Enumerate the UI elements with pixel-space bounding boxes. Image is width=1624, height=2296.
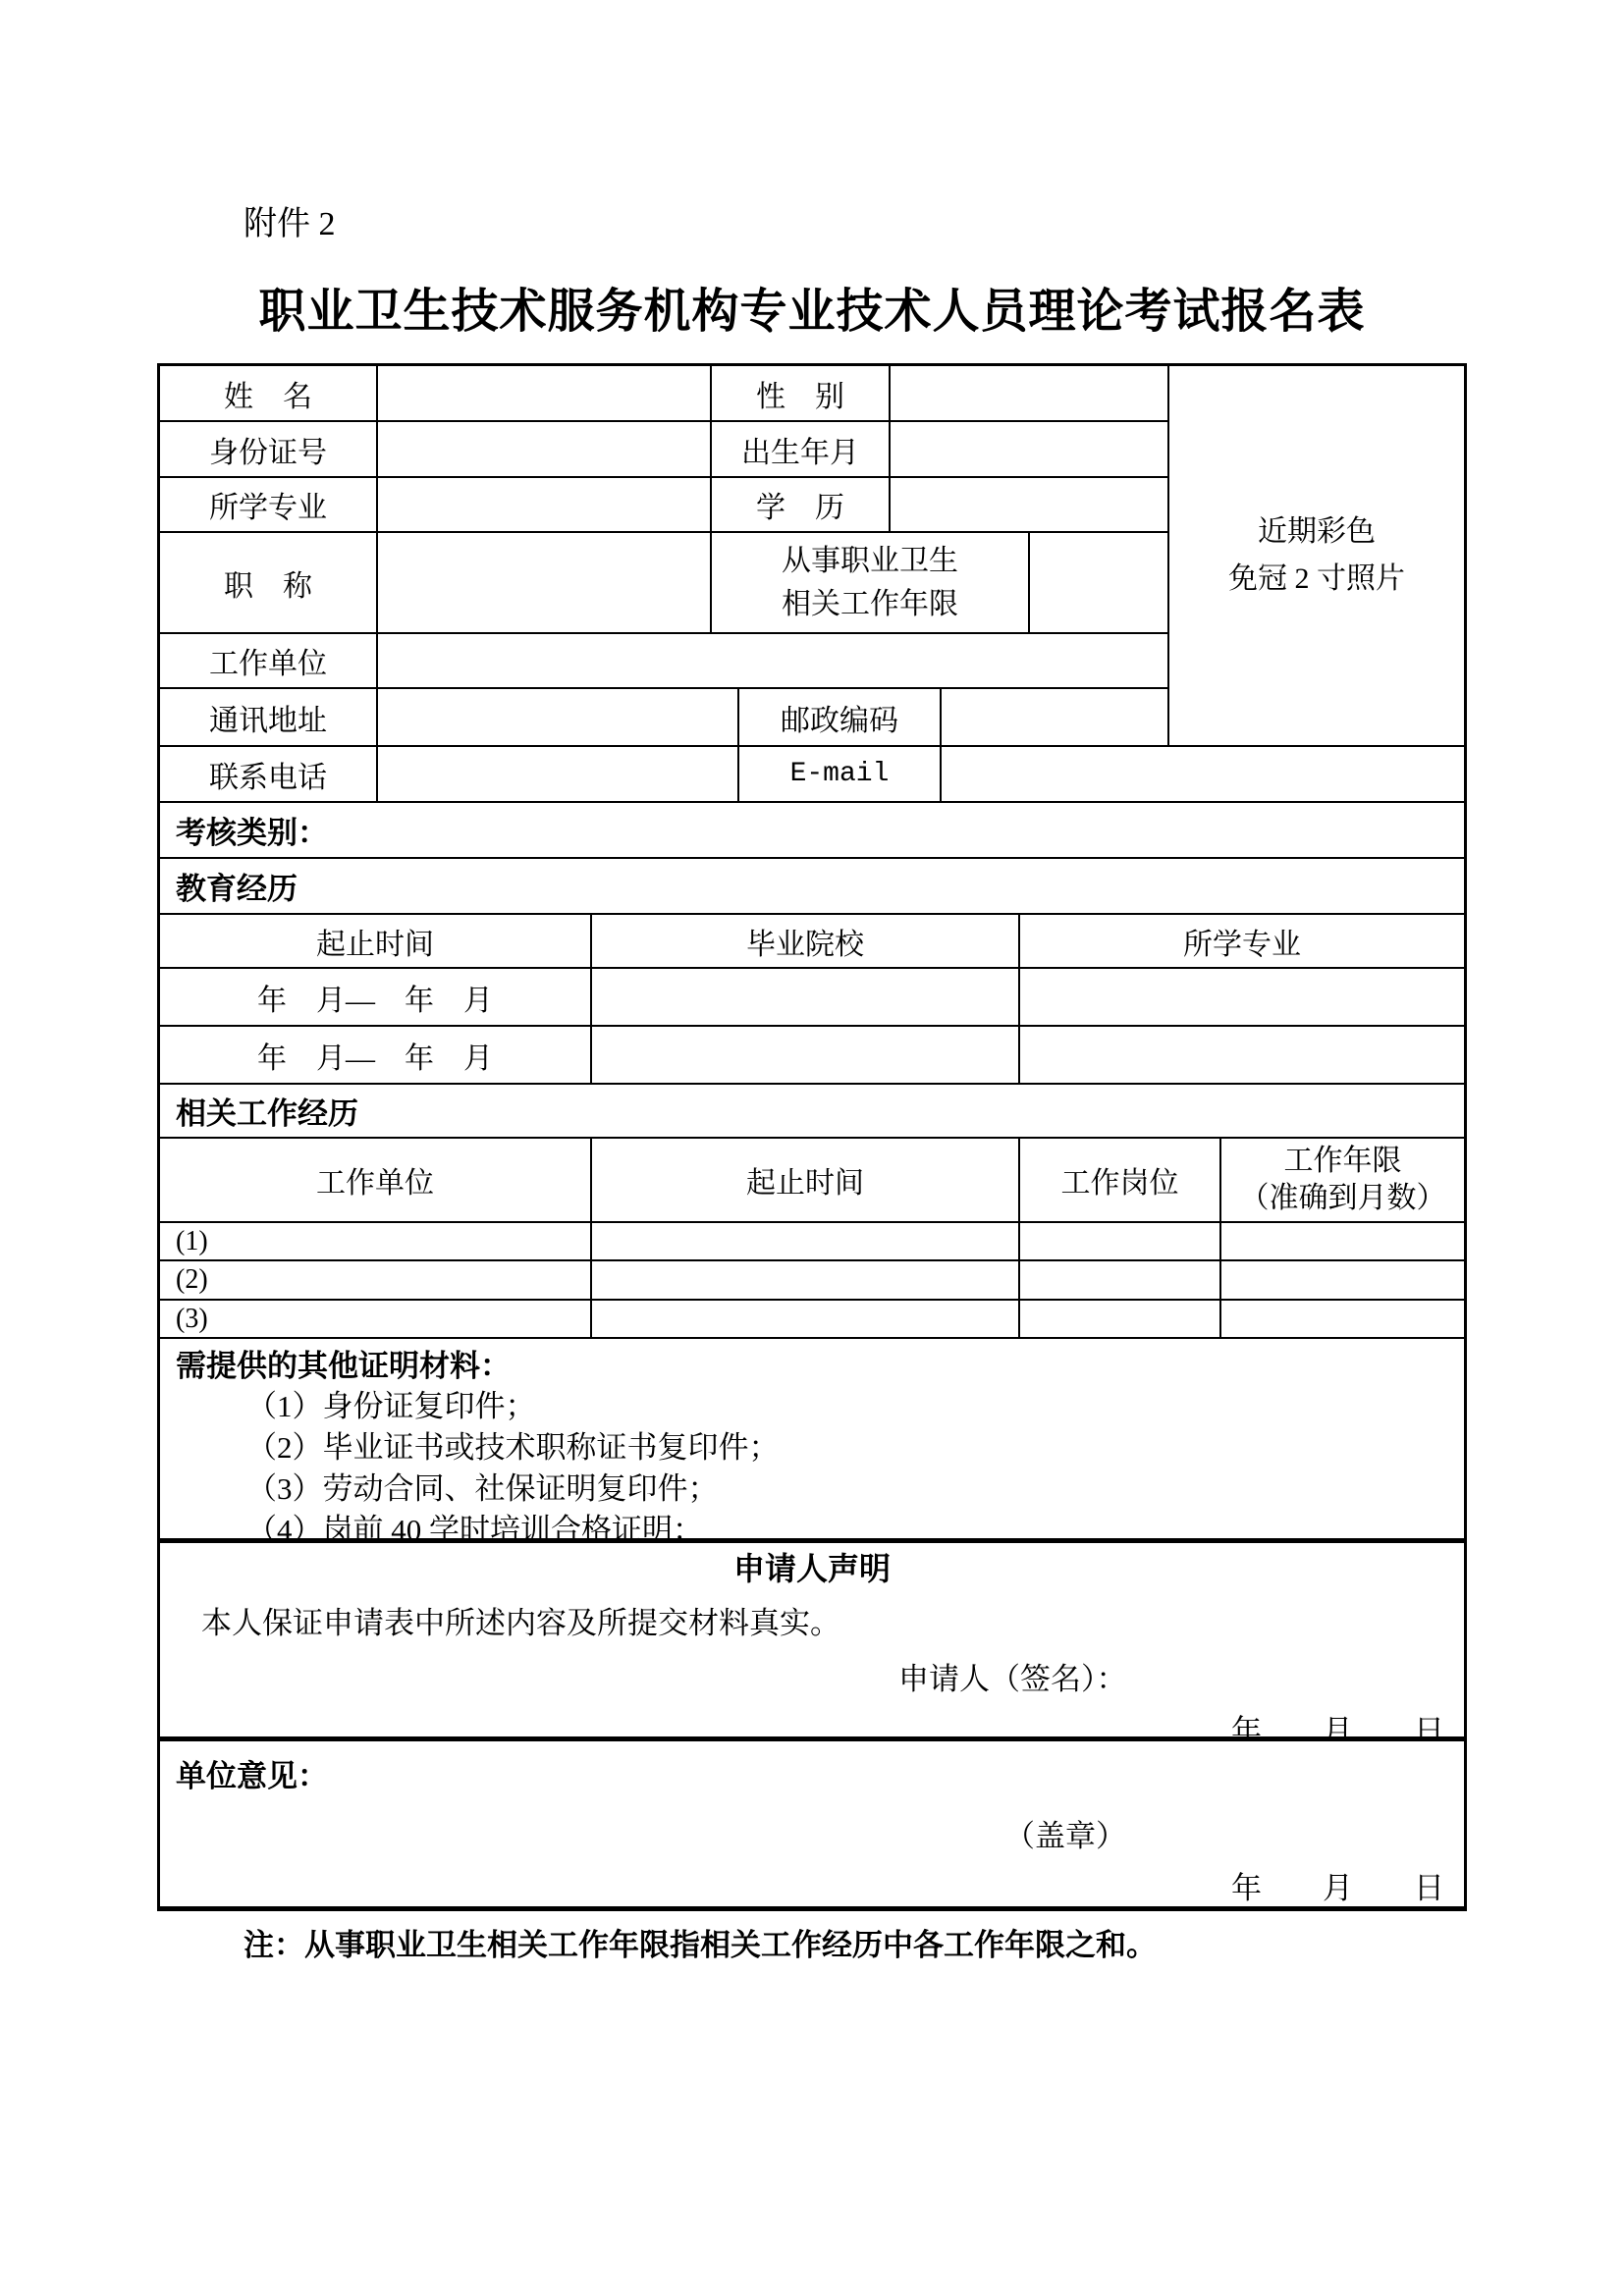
table-row: 所学专业 学 历 <box>160 478 1167 533</box>
edu-header-period: 起止时间 <box>160 915 592 967</box>
email-value-cell <box>942 747 1464 801</box>
work-header-years-line2: （准确到月数） <box>1240 1180 1446 1217</box>
table-row: 姓 名 性 别 <box>160 366 1167 422</box>
birth-date-value-cell <box>891 422 1167 476</box>
work-history-row-2: (2) <box>160 1261 1464 1301</box>
footnote: 注：从事职业卫生相关工作年限指相关工作经历中各工作年限之和。 <box>244 1920 1157 1964</box>
personal-info-grid: 姓 名 性 别 身份证号 出生年月 所学专业 学 历 <box>160 366 1169 745</box>
work-history-title: 相关工作经历 <box>160 1085 358 1137</box>
work-years-value-cell <box>1030 533 1167 632</box>
material-item-2: （2）毕业证书或技术职称证书复印件； <box>176 1427 1464 1468</box>
materials-title: 需提供的其他证明材料： <box>176 1347 1464 1386</box>
edu-header-major: 所学专业 <box>1020 915 1464 967</box>
major-label: 所学专业 <box>160 478 378 531</box>
edu-school-cell <box>592 1027 1020 1083</box>
work-period-cell <box>592 1261 1020 1299</box>
seal-label: （盖章） <box>160 1811 1464 1855</box>
work-header-years-line1: 工作年限 <box>1284 1143 1402 1180</box>
table-row: 通讯地址 邮政编码 <box>160 689 1167 745</box>
work-header-post: 工作岗位 <box>1020 1139 1221 1221</box>
postal-code-label: 邮政编码 <box>739 689 942 745</box>
edu-period-cell: 年 月— 年 月 <box>160 1027 592 1083</box>
major-value-cell <box>378 478 712 531</box>
work-post-cell <box>1020 1301 1221 1337</box>
work-years-label-line2: 相关工作年限 <box>782 583 958 626</box>
postal-code-value-cell <box>942 689 1167 745</box>
work-header-unit: 工作单位 <box>160 1139 592 1221</box>
work-row-index: (1) <box>160 1223 592 1259</box>
declaration-date-label: 年 月 日 <box>160 1706 1464 1741</box>
photo-placeholder: 近期彩色 免冠 2 寸照片 <box>1169 366 1464 745</box>
table-row: 联系电话 E-mail <box>160 747 1464 803</box>
document-page: 附件 2 职业卫生技术服务机构专业技术人员理论考试报名表 姓 名 性 别 身份证… <box>0 0 1624 2296</box>
work-unit-label: 工作单位 <box>160 634 378 687</box>
table-row: 身份证号 出生年月 <box>160 422 1167 478</box>
address-value-cell <box>378 689 739 745</box>
birth-date-label: 出生年月 <box>712 422 891 476</box>
photo-text-line1: 近期彩色 <box>1258 508 1376 556</box>
personal-info-section: 姓 名 性 别 身份证号 出生年月 所学专业 学 历 <box>160 366 1464 747</box>
work-period-cell <box>592 1301 1020 1337</box>
work-history-row-1: (1) <box>160 1223 1464 1261</box>
unit-opinion-title: 单位意见： <box>160 1751 1464 1795</box>
assessment-category-label: 考核类别： <box>160 803 328 857</box>
work-history-section-row: 相关工作经历 <box>160 1085 1464 1139</box>
work-years-cell <box>1221 1261 1464 1299</box>
name-value-cell <box>378 366 712 420</box>
work-years-label-line1: 从事职业卫生 <box>782 540 958 583</box>
work-row-index: (2) <box>160 1261 592 1299</box>
edu-school-cell <box>592 969 1020 1025</box>
id-number-value-cell <box>378 422 712 476</box>
materials-section: 需提供的其他证明材料： （1）身份证复印件； （2）毕业证书或技术职称证书复印件… <box>160 1339 1464 1543</box>
phone-value-cell <box>378 747 739 801</box>
declaration-body: 本人保证申请表中所述内容及所提交材料真实。 <box>160 1598 1464 1642</box>
address-label: 通讯地址 <box>160 689 378 745</box>
work-history-header-row: 工作单位 起止时间 工作岗位 工作年限 （准确到月数） <box>160 1139 1464 1223</box>
table-row: 工作单位 <box>160 634 1167 689</box>
education-value-cell <box>891 478 1167 531</box>
education-history-title: 教育经历 <box>160 859 298 913</box>
id-number-label: 身份证号 <box>160 422 378 476</box>
education-label: 学 历 <box>712 478 891 531</box>
table-row: 职 称 从事职业卫生 相关工作年限 <box>160 533 1167 634</box>
work-post-cell <box>1020 1261 1221 1299</box>
title-label: 职 称 <box>160 533 378 632</box>
edu-header-school: 毕业院校 <box>592 915 1020 967</box>
gender-label: 性 别 <box>712 366 891 420</box>
edu-major-cell <box>1020 969 1464 1025</box>
page-title: 职业卫生技术服务机构专业技术人员理论考试报名表 <box>0 273 1624 341</box>
edu-major-cell <box>1020 1027 1464 1083</box>
title-value-cell <box>378 533 712 632</box>
assessment-category-row: 考核类别： <box>160 803 1464 859</box>
education-history-section-row: 教育经历 <box>160 859 1464 915</box>
email-label: E-mail <box>739 747 942 801</box>
registration-form-table: 姓 名 性 别 身份证号 出生年月 所学专业 学 历 <box>157 363 1467 1911</box>
work-years-cell <box>1221 1223 1464 1259</box>
work-header-years: 工作年限 （准确到月数） <box>1221 1139 1464 1221</box>
work-years-label: 从事职业卫生 相关工作年限 <box>712 533 1030 632</box>
photo-text-line2: 免冠 2 寸照片 <box>1228 556 1405 603</box>
declaration-section: 申请人声明 本人保证申请表中所述内容及所提交材料真实。 申请人（签名）： 年 月… <box>160 1543 1464 1741</box>
material-item-1: （1）身份证复印件； <box>176 1386 1464 1427</box>
applicant-signature-label: 申请人（签名）： <box>160 1654 1464 1698</box>
work-unit-value-cell <box>378 634 1167 687</box>
phone-label: 联系电话 <box>160 747 378 801</box>
work-history-row-3: (3) <box>160 1301 1464 1339</box>
work-row-index: (3) <box>160 1301 592 1337</box>
gender-value-cell <box>891 366 1167 420</box>
attachment-label: 附件 2 <box>244 196 336 244</box>
unit-opinion-section: 单位意见： （盖章） 年 月 日 <box>160 1741 1464 1906</box>
material-item-4: （4）岗前 40 学时培训合格证明； <box>176 1510 1464 1543</box>
name-label: 姓 名 <box>160 366 378 420</box>
material-item-3: （3）劳动合同、社保证明复印件； <box>176 1468 1464 1510</box>
work-post-cell <box>1020 1223 1221 1259</box>
edu-period-cell: 年 月— 年 月 <box>160 969 592 1025</box>
education-history-row-2: 年 月— 年 月 <box>160 1027 1464 1085</box>
unit-opinion-date-label: 年 月 日 <box>160 1863 1464 1906</box>
education-history-header-row: 起止时间 毕业院校 所学专业 <box>160 915 1464 969</box>
work-years-cell <box>1221 1301 1464 1337</box>
work-period-cell <box>592 1223 1020 1259</box>
education-history-row-1: 年 月— 年 月 <box>160 969 1464 1027</box>
declaration-title: 申请人声明 <box>160 1549 1464 1588</box>
work-header-period: 起止时间 <box>592 1139 1020 1221</box>
